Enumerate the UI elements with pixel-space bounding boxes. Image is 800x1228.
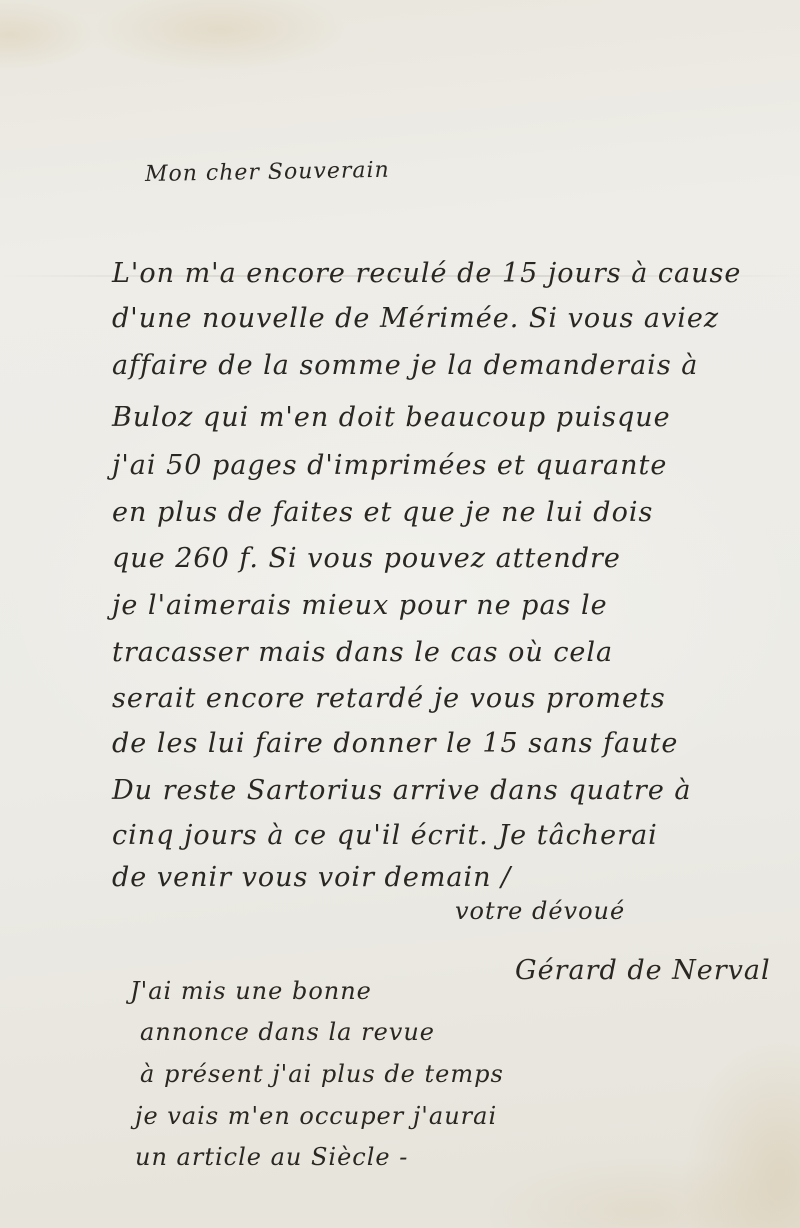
body-line-3: affaire de la somme je la demanderais à — [112, 350, 698, 381]
postscript-line-2: annonce dans la revue — [140, 1018, 435, 1046]
signature: Gérard de Nerval — [515, 955, 771, 986]
body-line-14: de venir vous voir demain / — [112, 862, 511, 893]
body-line-10: serait encore retardé je vous promets — [112, 683, 666, 714]
postscript-line-4: je vais m'en occuper j'aurai — [135, 1102, 497, 1130]
body-line-8: je l'aimerais mieux pour ne pas le — [112, 590, 608, 621]
body-line-7: que 260 f. Si vous pouvez attendre — [112, 543, 621, 574]
postscript-line-5: un article au Siècle - — [135, 1143, 408, 1171]
body-line-12: Du reste Sartorius arrive dans quatre à — [112, 775, 692, 806]
body-line-11: de les lui faire donner le 15 sans faute — [112, 728, 678, 759]
body-line-6: en plus de faites et que je ne lui dois — [112, 497, 653, 528]
body-line-1: L'on m'a encore reculé de 15 jours à cau… — [112, 258, 741, 289]
body-line-13: cinq jours à ce qu'il écrit. Je tâcherai — [112, 820, 658, 851]
body-line-2: d'une nouvelle de Mérimée. Si vous aviez — [112, 303, 719, 334]
salutation: Mon cher Souverain — [145, 158, 390, 187]
body-line-4: Buloz qui m'en doit beaucoup puisque — [112, 402, 671, 433]
body-line-9: tracasser mais dans le cas où cela — [112, 637, 613, 668]
postscript-line-1: J'ai mis une bonne — [130, 977, 372, 1005]
body-line-5: j'ai 50 pages d'imprimées et quarante — [112, 450, 667, 481]
postscript-line-3: à présent j'ai plus de temps — [140, 1060, 504, 1088]
closing: votre dévoué — [455, 897, 625, 925]
